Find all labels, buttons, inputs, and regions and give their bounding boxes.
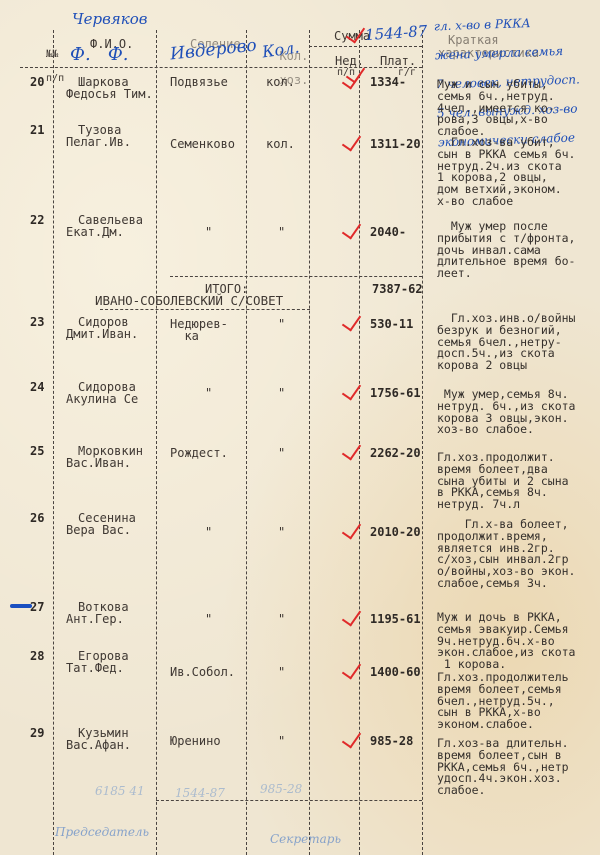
handwritten-initials: Ф. Ф. [70, 44, 129, 65]
row-number: 27 [30, 601, 44, 613]
header-rule [309, 46, 422, 47]
row-amount: 1311-20 [370, 138, 421, 150]
subtotal-amount: 7387-62 [372, 283, 423, 295]
row-village: Рождест. [170, 447, 228, 459]
row-category: кол. [266, 138, 295, 150]
row-name-given: Акулина Се [66, 393, 138, 405]
handwritten-footer-1: Председатель [55, 825, 149, 839]
row-number: 28 [30, 650, 44, 662]
row-number: 23 [30, 316, 44, 328]
faint-footer-1: 1544-87 [175, 786, 225, 800]
column-rule [359, 30, 360, 855]
header-sum-plat: Плат. [380, 55, 416, 67]
row-category: " [278, 735, 285, 747]
row-number: 25 [30, 445, 44, 457]
row-name-given: Вера Вас. [66, 524, 131, 536]
row-number: 21 [30, 124, 44, 136]
hw-note-1: гл. х-во в РККА [434, 16, 531, 33]
row-number: 20 [30, 76, 44, 88]
row-note: Муж и сын убиты, семья 6ч.,нетруд. 4чел.… [437, 79, 555, 138]
column-rule [246, 30, 247, 855]
row-category: кол. [266, 76, 295, 88]
row-number: 24 [30, 381, 44, 393]
row-name-given: Вас.Иван. [66, 457, 131, 469]
row-amount: 985-28 [370, 735, 413, 747]
row-village: Недюрев- ка [170, 318, 228, 342]
row-amount: 2010-20 [370, 526, 421, 538]
row-amount: 530-11 [370, 318, 413, 330]
row-amount: 1400-60 [370, 666, 421, 678]
row-village: Юренино [170, 735, 221, 747]
row-name-given: Федосья Тим. [66, 88, 153, 100]
row-note: Гл.хоз-ва убит, сын в РККА семья 6ч. нет… [437, 137, 575, 208]
row-village: Семенково [170, 138, 235, 150]
row-note: Гл.хоз.инв.о/войны безрук и безногий, се… [437, 313, 575, 372]
subtotal-label-2: ИВАНО-СОБОЛЕВСКИЙ С/СОВЕТ [95, 295, 283, 307]
row-name-given: Ант.Гер. [66, 613, 124, 625]
subtotal-rule [170, 276, 422, 277]
subtotal-rule [100, 309, 310, 310]
row-amount: 2040- [370, 226, 406, 238]
handwritten-surname: Червяков [72, 10, 147, 28]
row-village: Ив.Собол. [170, 666, 235, 678]
row-village: " [205, 226, 212, 238]
row-note: Гл.хоз.продолжитель время болеет,семья 6… [437, 672, 569, 731]
column-rule [309, 30, 310, 855]
row-note: Гл.х-ва болеет, продолжит.время, являетс… [437, 519, 575, 590]
row-category: " [278, 387, 285, 399]
row-village: " [205, 387, 212, 399]
row-name-given: Пелаг.Ив. [66, 136, 131, 148]
row-amount: 1334- [370, 76, 406, 88]
row-village: " [205, 526, 212, 538]
faint-footer-3: 6185 41 [95, 784, 145, 798]
header-num-2: п/п [46, 73, 64, 84]
row-category: " [278, 318, 285, 330]
row-note: Муж умер после прибытия с т/фронта, дочь… [437, 221, 575, 280]
row-name-given: Екат.Дм. [66, 226, 124, 238]
row-category: " [278, 666, 285, 678]
row-note: Муж и дочь в РККА, семья эвакуир.Семья 9… [437, 612, 575, 671]
row-note: Муж умер,семья 8ч. нетруд. 6ч.,из скота … [437, 389, 575, 436]
bottom-rule [156, 800, 422, 801]
row-number: 29 [30, 727, 44, 739]
column-rule [53, 30, 54, 855]
row-category: " [278, 447, 285, 459]
hw-note-2: жена умерла семья [435, 43, 564, 61]
row-number: 26 [30, 512, 44, 524]
row-amount: 2262-20 [370, 447, 421, 459]
row-name-given: Вас.Афан. [66, 739, 131, 751]
row-category: " [278, 226, 285, 238]
row-number: 22 [30, 214, 44, 226]
blue-pencil-mark [10, 604, 32, 608]
row-name-given: Дмит.Иван. [66, 328, 138, 340]
column-rule [422, 30, 423, 855]
row-note: Гл.хоз.продолжит. время болеет,два сына … [437, 452, 569, 511]
row-village: Подвязье [170, 76, 228, 88]
row-category: " [278, 613, 285, 625]
faint-footer-2: 985-28 [260, 782, 302, 796]
handwritten-footer-2: Секретарь [270, 832, 341, 846]
row-note: Гл.хоз-ва длительн. время болеет,сын в Р… [437, 738, 569, 797]
header-num-1: №№ [46, 49, 58, 60]
row-amount: 1756-61 [370, 387, 421, 399]
row-amount: 1195-61 [370, 613, 421, 625]
row-category: " [278, 526, 285, 538]
row-village: " [205, 613, 212, 625]
row-name-given: Тат.Фед. [66, 662, 124, 674]
column-rule [156, 30, 157, 855]
